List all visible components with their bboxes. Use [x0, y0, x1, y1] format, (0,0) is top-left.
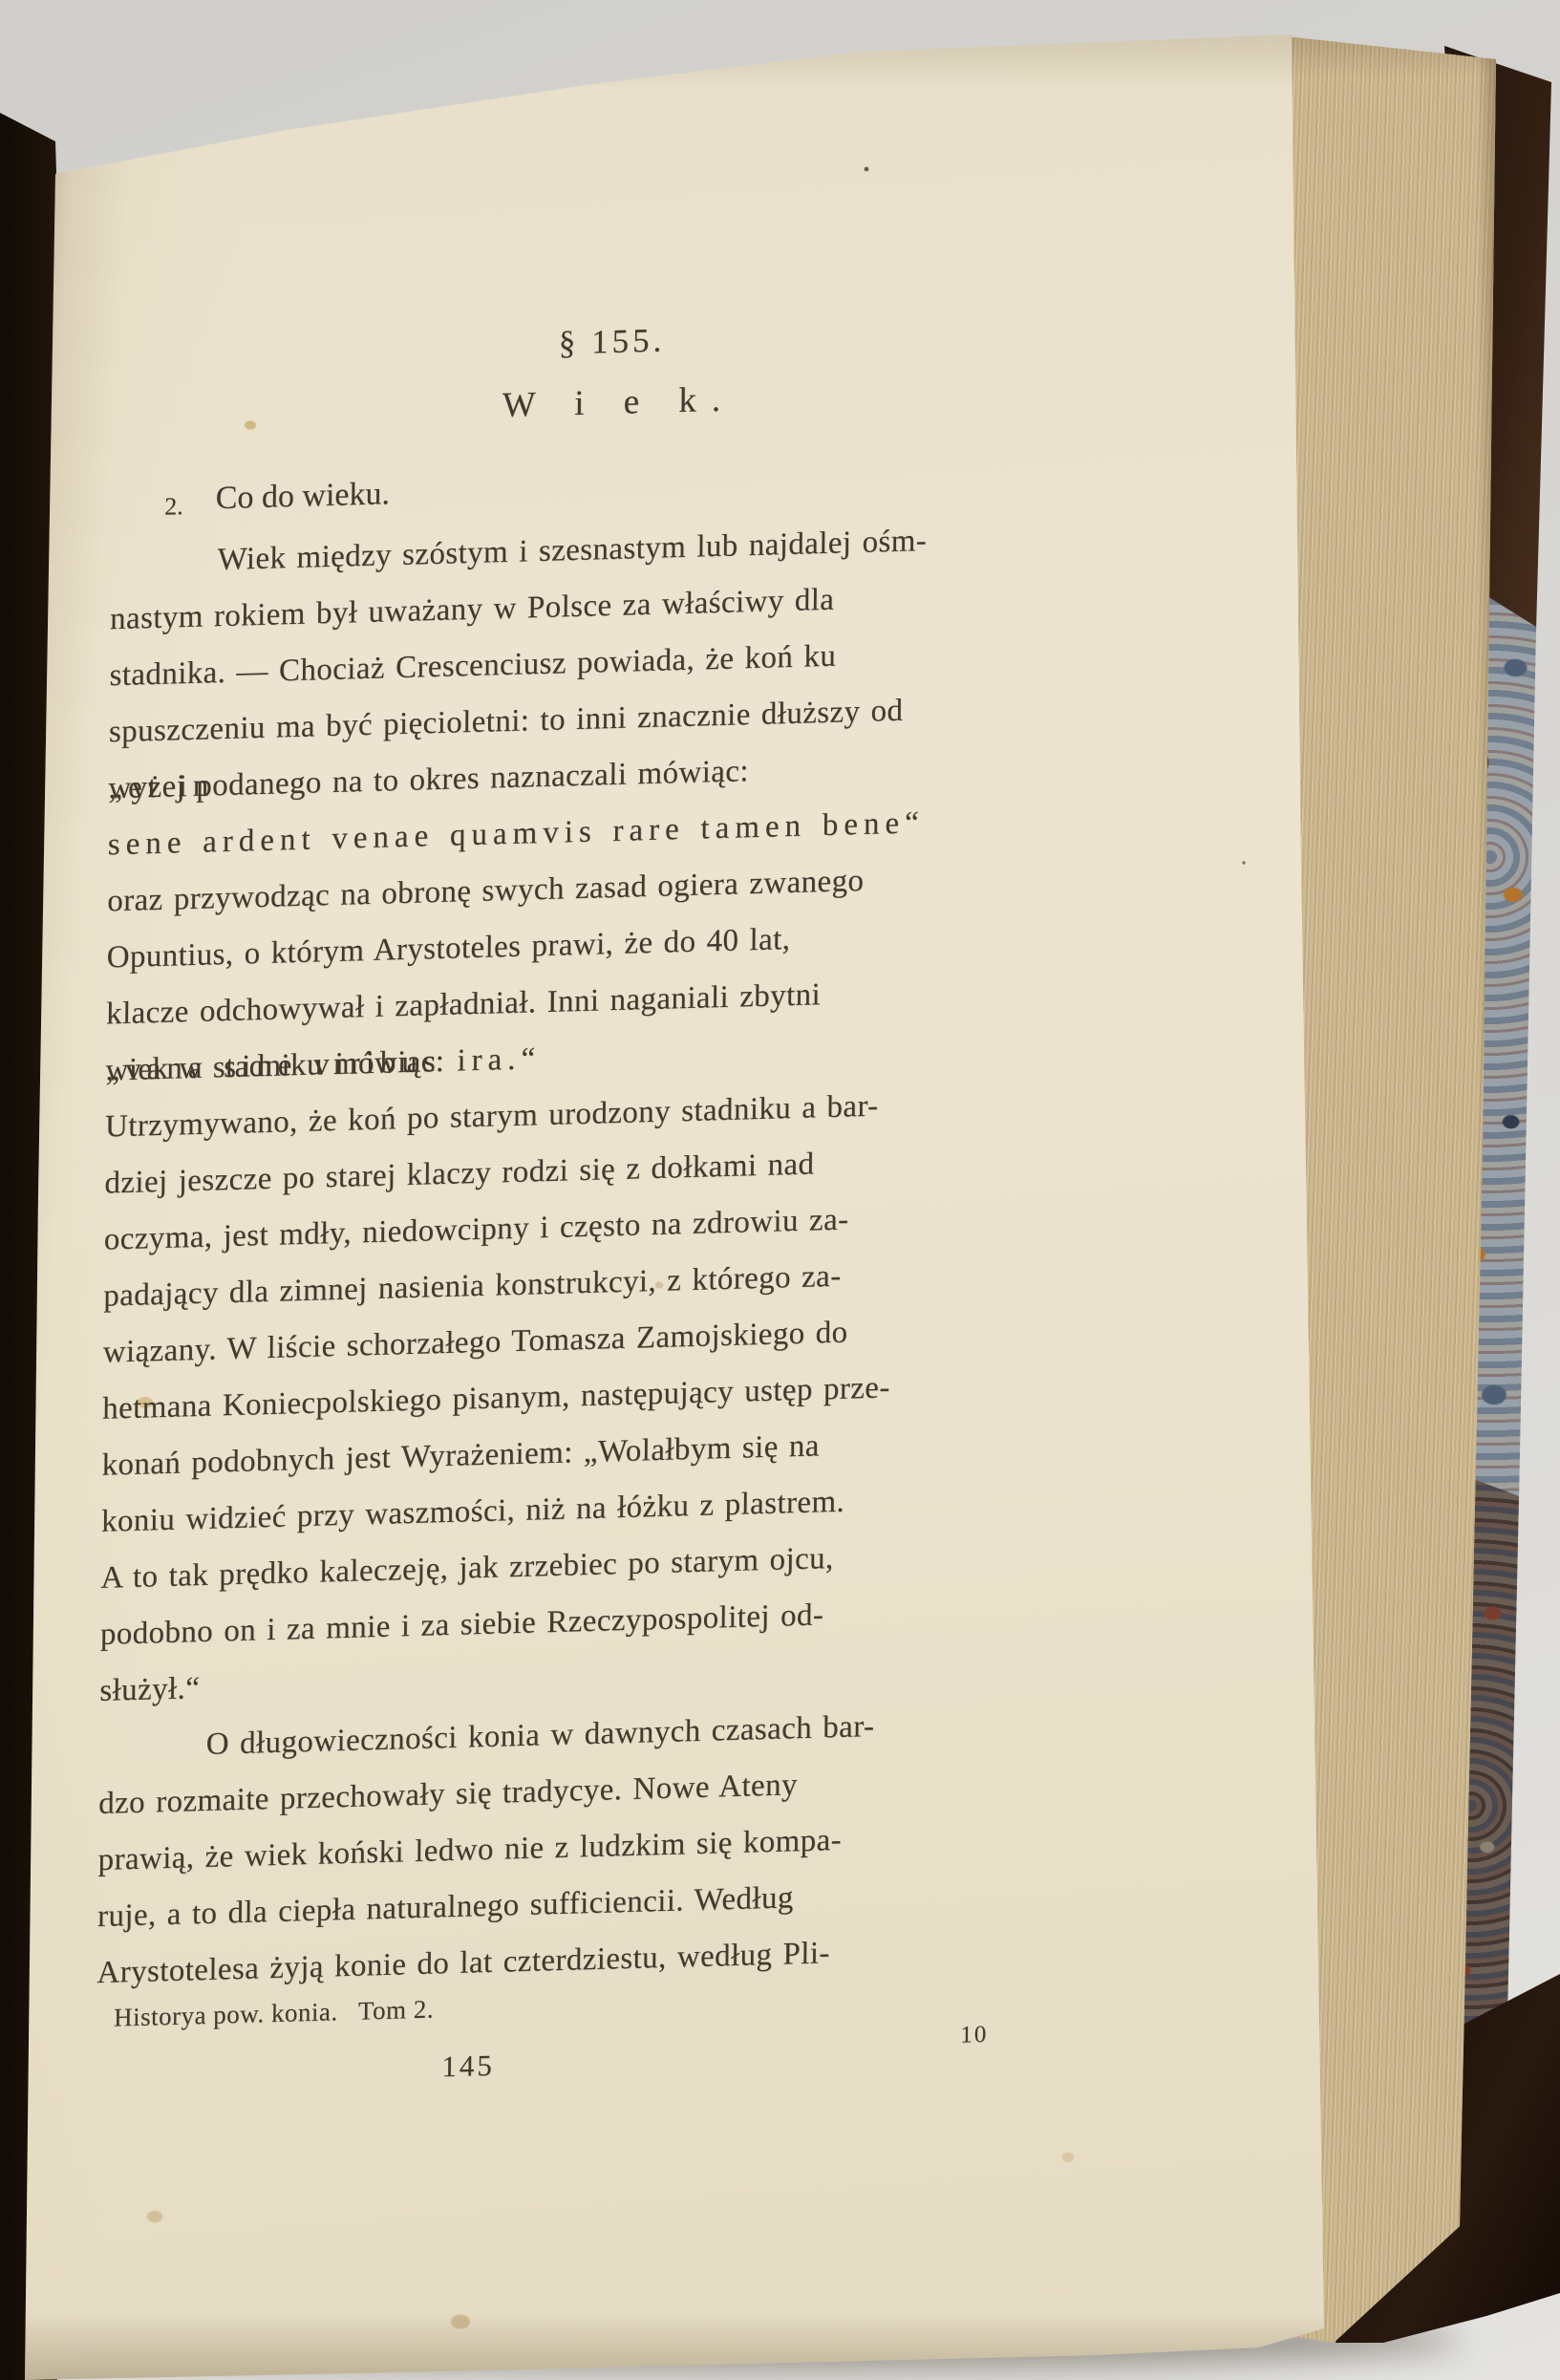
gathering-signature: 10	[960, 2022, 988, 2049]
body-text: Wiek między szóstym i szesnastym lub naj…	[96, 508, 1109, 2002]
page-text: § 155. W i e k. 2.Co do wieku. Wiek międ…	[95, 306, 1111, 2198]
book-photo: § 155. W i e k. 2.Co do wieku. Wiek międ…	[0, 0, 1560, 2380]
item-heading-row: 2.Co do wieku.	[164, 481, 216, 518]
section-title: W i e k.	[112, 369, 1111, 437]
footer-signature: Historya pow. konia. Tom 2.	[114, 1995, 434, 2033]
item-heading: Co do wieku.	[216, 476, 391, 517]
text-segment: służył.“	[99, 1661, 200, 1720]
spaced-text-segment: „et in	[108, 758, 214, 817]
page-number: 145	[441, 2048, 495, 2085]
item-number: 2.	[164, 492, 183, 521]
